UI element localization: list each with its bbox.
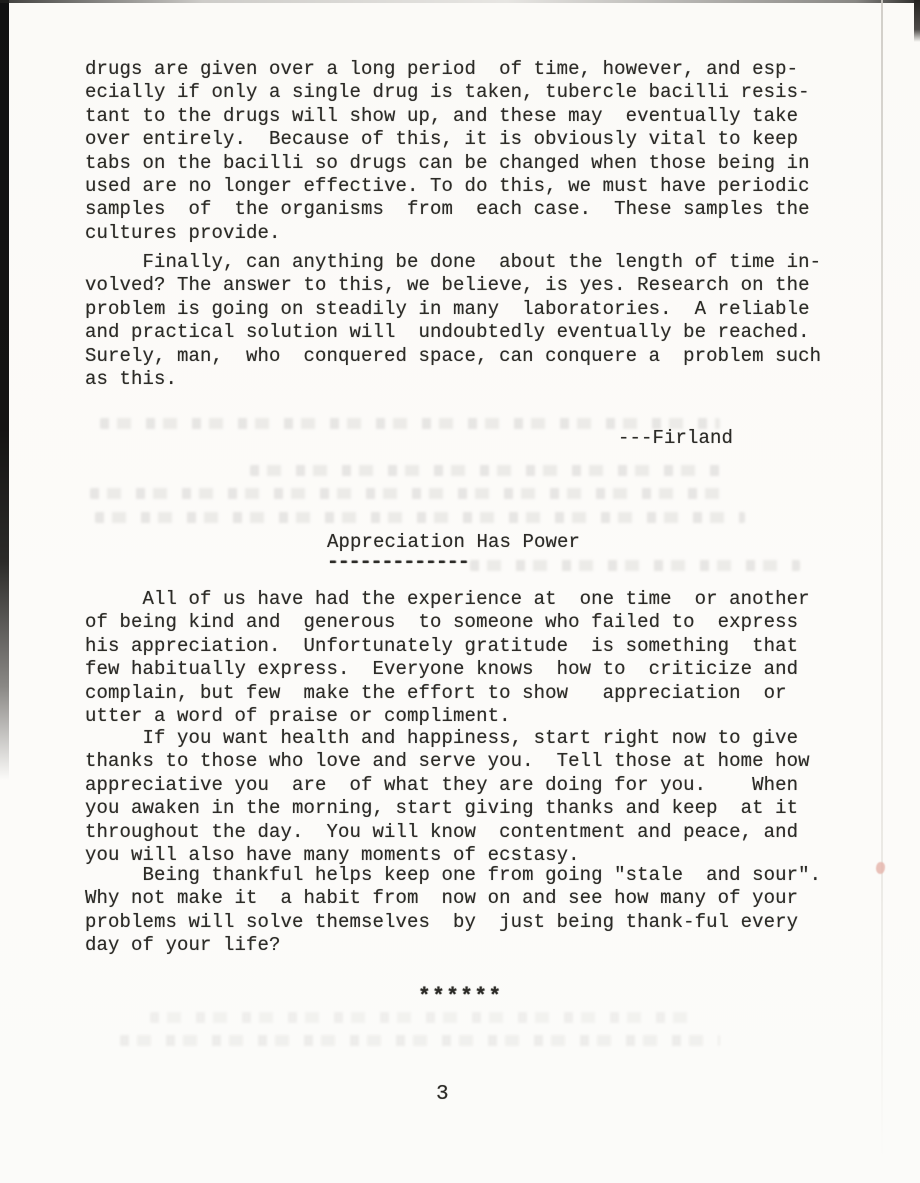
scan-edge-right-corner <box>914 0 920 42</box>
scan-edge-left <box>0 0 9 780</box>
attribution-firland: ---Firland <box>618 427 733 450</box>
show-through-ghost-text <box>470 560 800 571</box>
scan-edge-top <box>0 0 920 3</box>
page-number: 3 <box>436 1083 449 1106</box>
show-through-ghost-text <box>250 465 720 476</box>
paragraph-being-thankful: Being thankful helps keep one from going… <box>85 864 821 958</box>
paragraph-all-of-us: All of us have had the experience at one… <box>85 588 810 728</box>
paragraph-health-happiness: If you want health and happiness, start … <box>85 727 810 867</box>
show-through-ghost-text <box>120 1035 720 1046</box>
asterisk-separator: ****** <box>418 986 503 1009</box>
paragraph-finally-research: Finally, can anything be done about the … <box>85 251 821 391</box>
show-through-ghost-text <box>95 512 745 523</box>
paragraph-drugs-resistance: drugs are given over a long period of ti… <box>85 58 810 245</box>
heading-dashed-underline: ------------- <box>327 551 469 574</box>
page-right-crease <box>881 0 883 1160</box>
show-through-ghost-text <box>150 1012 690 1023</box>
show-through-ghost-text <box>90 488 730 499</box>
